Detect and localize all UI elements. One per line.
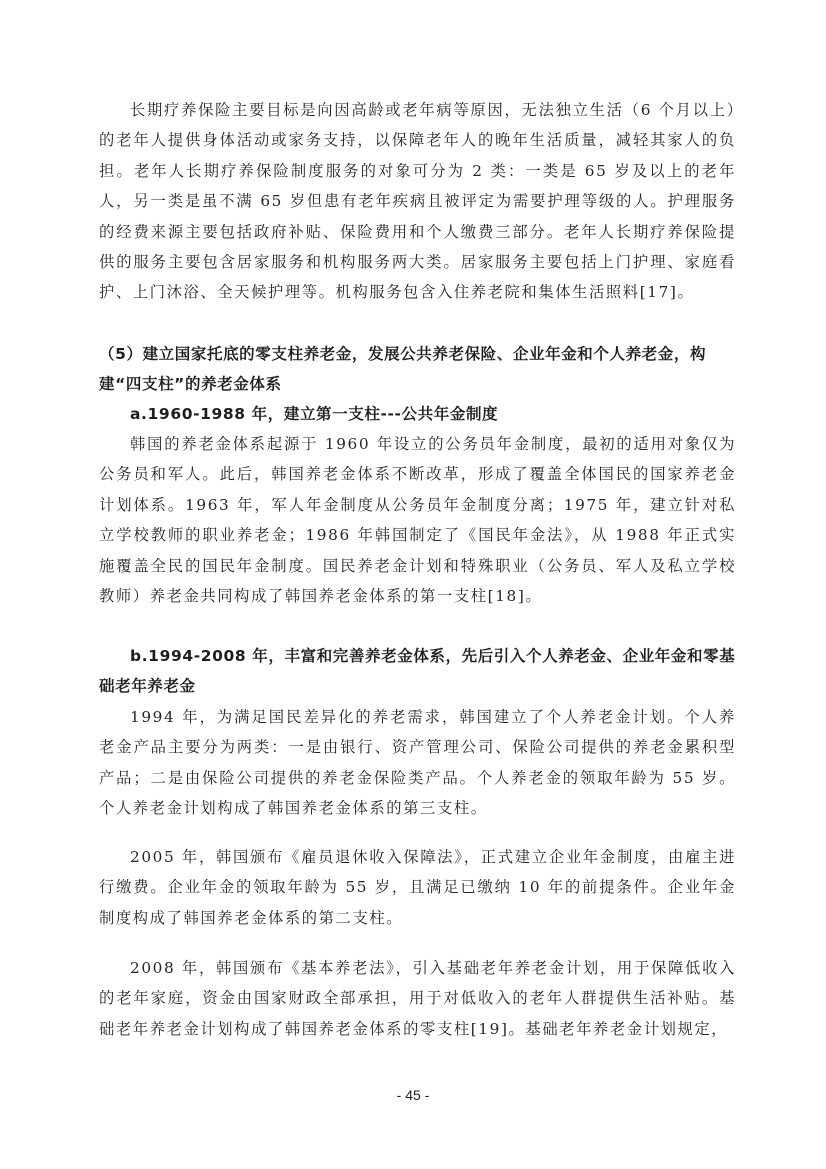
subsection-heading: a.1960-1988 年，建立第一支柱---公共年金制度: [99, 399, 736, 429]
page-number: - 45 -: [0, 1087, 826, 1103]
body-paragraph: 韩国的养老金体系起源于 1960 年设立的公务员年金制度，最初的适用对象仅为公务…: [99, 429, 736, 611]
body-paragraph: 长期疗养保险主要目标是向因高龄或老年病等原因，无法独立生活（6 个月以上）的老年…: [99, 95, 736, 308]
body-paragraph: 2008 年，韩国颁布《基本养老法》，引入基础老年养老金计划，用于保障低收入的老…: [99, 953, 736, 1044]
subheading-b: b.1994-2008 年，丰富和完善养老金体系，先后引入个人养老金、企业年金和…: [99, 641, 736, 701]
body-paragraph: 2005 年，韩国颁布《雇员退休收入保障法》，正式建立企业年金制度，由雇主进行缴…: [99, 842, 736, 933]
paragraph-third-pillar: 1994 年，为满足国民差异化的养老需求，韩国建立了个人养老金计划。个人养老金产…: [99, 702, 736, 824]
subsection-heading: b.1994-2008 年，丰富和完善养老金体系，先后引入个人养老金、企业年金和…: [99, 641, 736, 701]
subheading-a: a.1960-1988 年，建立第一支柱---公共年金制度: [99, 399, 736, 429]
paragraph-long-term-care: 长期疗养保险主要目标是向因高龄或老年病等原因，无法独立生活（6 个月以上）的老年…: [99, 95, 736, 308]
section-heading-5: （5）建立国家托底的零支柱养老金，发展公共养老保险、企业年金和个人养老金，构建“…: [99, 339, 736, 399]
paragraph-first-pillar: 韩国的养老金体系起源于 1960 年设立的公务员年金制度，最初的适用对象仅为公务…: [99, 429, 736, 611]
paragraph-zero-pillar: 2008 年，韩国颁布《基本养老法》，引入基础老年养老金计划，用于保障低收入的老…: [99, 953, 736, 1044]
section-heading: （5）建立国家托底的零支柱养老金，发展公共养老保险、企业年金和个人养老金，构建“…: [99, 339, 736, 399]
paragraph-second-pillar: 2005 年，韩国颁布《雇员退休收入保障法》，正式建立企业年金制度，由雇主进行缴…: [99, 842, 736, 933]
document-page: 长期疗养保险主要目标是向因高龄或老年病等原因，无法独立生活（6 个月以上）的老年…: [0, 0, 826, 1169]
body-paragraph: 1994 年，为满足国民差异化的养老需求，韩国建立了个人养老金计划。个人养老金产…: [99, 702, 736, 824]
